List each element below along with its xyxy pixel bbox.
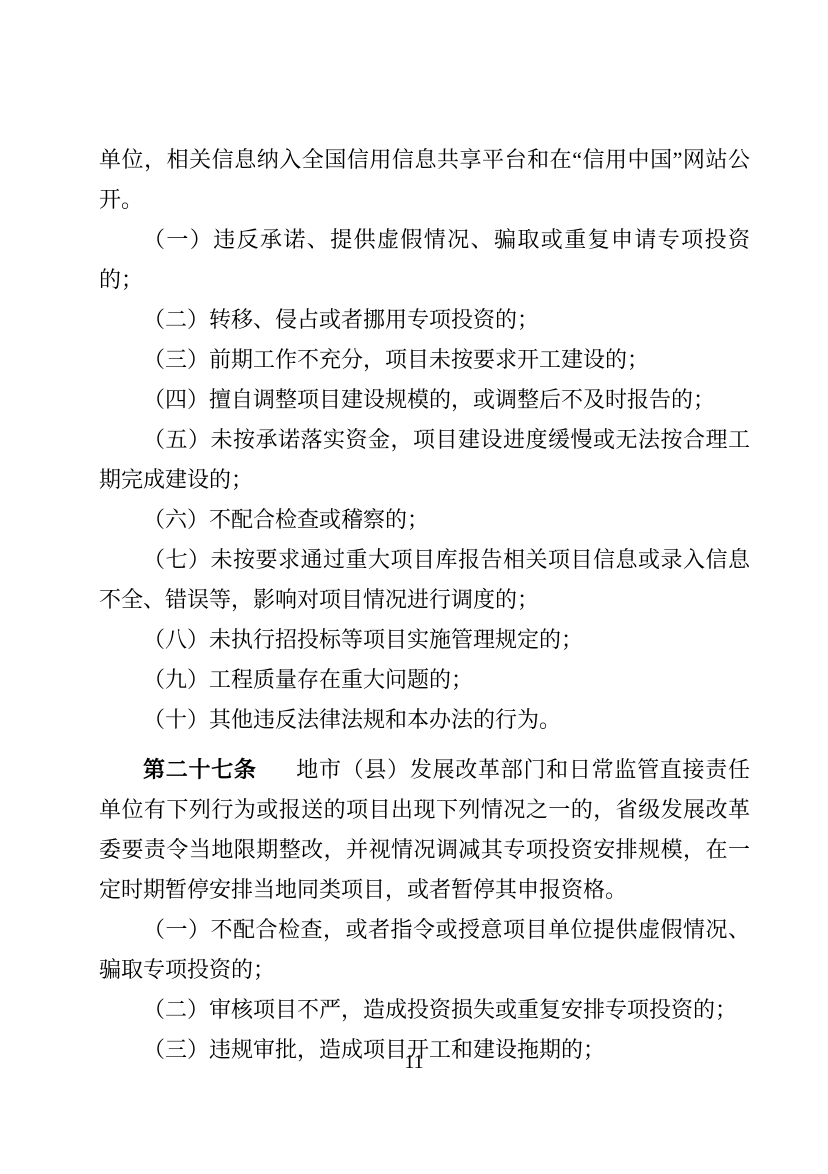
article27-item-1: （一）不配合检查，或者指令或授意项目单位提供虚假情况、骗取专项投资的； — [99, 910, 750, 990]
article26-item-4: （四）擅自调整项目建设规模的，或调整后不及时报告的； — [99, 380, 750, 420]
article26-item-7: （七）未按要求通过重大项目库报告相关项目信息或录入信息不全、错误等，影响对项目情… — [99, 540, 750, 620]
article26-item-8: （八）未执行招投标等项目实施管理规定的； — [99, 620, 750, 660]
article26-item-5: （五）未按承诺落实资金，项目建设进度缓慢或无法按合理工期完成建设的； — [99, 420, 750, 500]
document-body-text: 单位，相关信息纳入全国信用信息共享平台和在“信用中国”网站公开。 （一）违反承诺… — [0, 0, 828, 1070]
article26-item-3: （三）前期工作不充分，项目未按要求开工建设的； — [99, 340, 750, 380]
article26-item-6: （六）不配合检查或稽察的； — [99, 500, 750, 540]
document-page: 单位，相关信息纳入全国信用信息共享平台和在“信用中国”网站公开。 （一）违反承诺… — [0, 0, 828, 1174]
article26-item-9: （九）工程质量存在重大问题的； — [99, 660, 750, 700]
article26-item-2: （二）转移、侵占或者挪用专项投资的； — [99, 300, 750, 340]
article26-item-1: （一）违反承诺、提供虚假情况、骗取或重复申请专项投资的； — [99, 220, 750, 300]
paragraph-continuation: 单位，相关信息纳入全国信用信息共享平台和在“信用中国”网站公开。 — [99, 140, 750, 220]
article26-item-10: （十）其他违反法律法规和本办法的行为。 — [99, 700, 750, 740]
page-number: 11 — [0, 1048, 828, 1076]
article27-paragraph: 第二十七条地市（县）发展改革部门和日常监管直接责任单位有下列行为或报送的项目出现… — [99, 750, 750, 910]
article27-number: 第二十七条 — [143, 757, 257, 782]
article27-item-2: （二）审核项目不严，造成投资损失或重复安排专项投资的； — [99, 990, 750, 1030]
